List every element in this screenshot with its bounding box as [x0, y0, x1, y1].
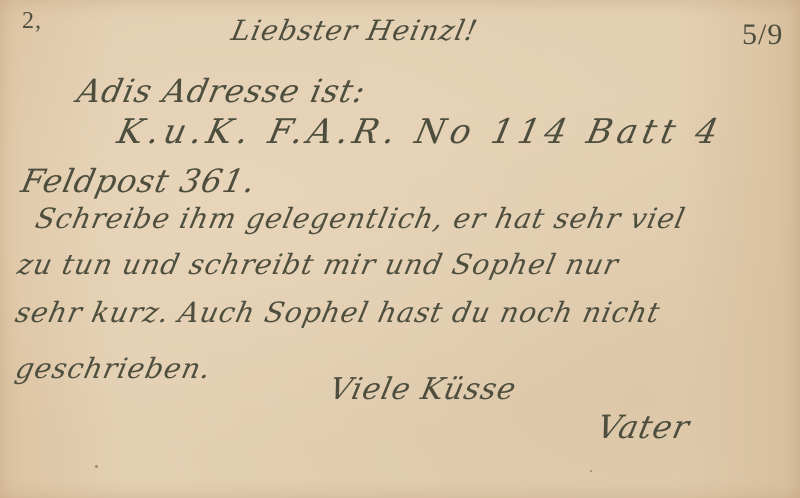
paper-speck [95, 465, 98, 468]
body-line: sehr kurz. Auch Sophel hast du noch nich… [12, 296, 663, 329]
postcard: 2, Liebster Heinzl! 5/9 Adis Adresse ist… [0, 0, 800, 498]
body-line: zu tun und schreibt mir und Sophel nur [14, 248, 621, 281]
page-number: 2, [22, 8, 42, 35]
greeting: Liebster Heinzl! [228, 14, 480, 47]
paper-speck [590, 470, 592, 472]
address-intro: Adis Adresse ist: [74, 72, 370, 110]
address-feldpost: Feldpost 361. [18, 162, 260, 200]
body-line: Schreibe ihm gelegentlich, er hat sehr v… [32, 202, 688, 235]
signature: Vater [594, 408, 693, 446]
page-marker: 5/9 [742, 18, 783, 52]
body-line: geschrieben. [12, 352, 214, 385]
closing: Viele Küsse [326, 372, 519, 407]
address-unit: K.u.K. F.A.R. No 114 Batt 4 [114, 112, 727, 152]
